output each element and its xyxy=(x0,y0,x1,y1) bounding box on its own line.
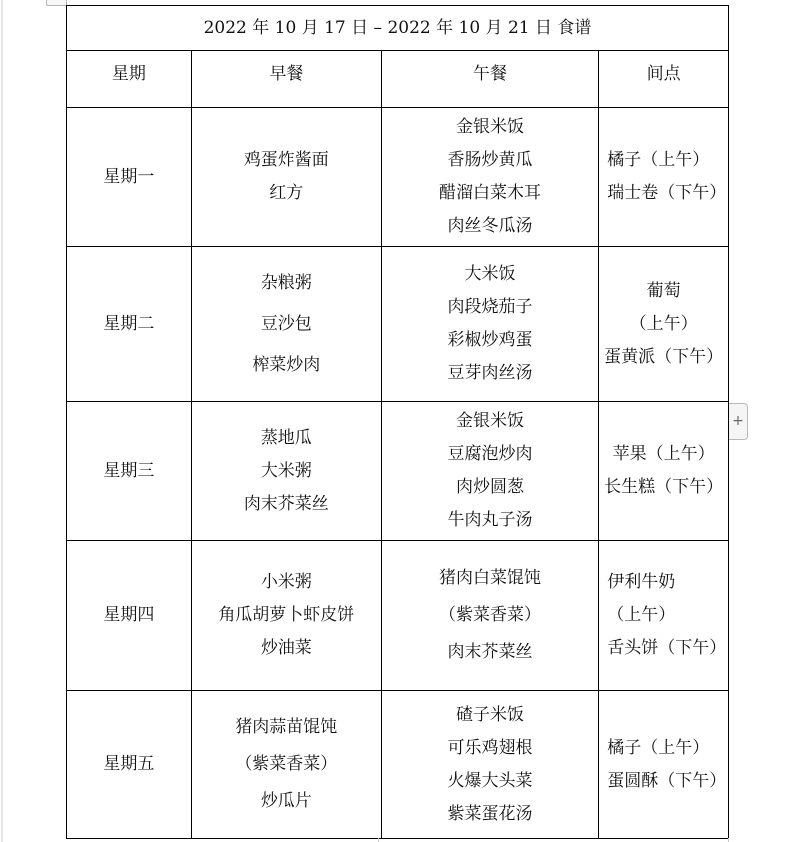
snack-item: 橘子（上午） xyxy=(607,732,728,765)
header-breakfast: 早餐 xyxy=(191,51,381,108)
snack-cell: 橘子（上午） 瑞士卷（下午） xyxy=(599,108,729,247)
snack-item: 瑞士卷（下午） xyxy=(607,177,728,210)
dish: 碴子米饭 xyxy=(382,699,598,732)
dish: 大米饭 xyxy=(382,258,598,291)
dish: 牛肉丸子汤 xyxy=(382,504,598,537)
breakfast-cell: 蒸地瓜 大米粥 肉末芥菜丝 xyxy=(191,402,381,541)
dish: 金银米饭 xyxy=(382,111,598,144)
dish: 蒸地瓜 xyxy=(192,422,381,455)
dish: 豆腐泡炒肉 xyxy=(382,438,598,471)
lunch-cell: 猪肉白菜馄饨 （紫菜香菜） 肉末芥菜丝 xyxy=(381,541,598,691)
dish: 火爆大头菜 xyxy=(382,765,598,798)
title-row: 2022 年 10 月 17 日 – 2022 年 10 月 21 日 食谱 xyxy=(67,6,729,51)
header-snack-label: 间点 xyxy=(599,51,728,91)
snack-cell: 葡萄 （上午） 蛋黄派（下午） xyxy=(599,247,729,402)
dish: 红方 xyxy=(192,177,381,210)
breakfast-cell: 鸡蛋炸酱面 红方 xyxy=(191,108,381,247)
add-column-button[interactable]: + xyxy=(729,403,748,440)
day-cell: 星期三 xyxy=(67,402,192,541)
snack-item: 橘子（上午） xyxy=(607,144,728,177)
dish: 紫菜蛋花汤 xyxy=(382,798,598,831)
table-row: 星期五 猪肉蒜苗馄饨 （紫菜香菜） 炒瓜片 碴子米饭 可乐鸡翅根 火爆大头菜 紫… xyxy=(67,691,729,839)
weekly-menu-table: 2022 年 10 月 17 日 – 2022 年 10 月 21 日 食谱 星… xyxy=(66,5,729,839)
header-snack: 间点 xyxy=(599,51,729,108)
header-lunch: 午餐 xyxy=(381,51,598,108)
table-move-handle[interactable] xyxy=(46,0,67,6)
dish: 肉末芥菜丝 xyxy=(192,488,381,521)
table-row: 星期一 鸡蛋炸酱面 红方 金银米饭 香肠炒黄瓜 醋溜白菜木耳 肉丝冬瓜汤 橘子（… xyxy=(67,108,729,247)
snack-item: 长生糕（下午） xyxy=(599,471,728,504)
dish: 豆沙包 xyxy=(192,304,381,345)
snack-item: 苹果（上午） xyxy=(599,438,728,471)
dish: （紫菜香菜） xyxy=(382,597,598,634)
snack-item: 舌头饼（下午） xyxy=(607,632,728,665)
dish: 炒瓜片 xyxy=(192,783,381,820)
snack-item: （上午） xyxy=(607,599,728,632)
snack-item: 葡萄 xyxy=(599,275,728,308)
snack-cell: 橘子（上午） 蛋圆酥（下午） xyxy=(599,691,729,839)
snack-item: （上午） xyxy=(599,308,728,341)
ruler-tick xyxy=(378,838,379,842)
dish: 猪肉白菜馄饨 xyxy=(382,560,598,597)
dish: 肉末芥菜丝 xyxy=(382,634,598,671)
dish: 彩椒炒鸡蛋 xyxy=(382,324,598,357)
dish: 杂粮粥 xyxy=(192,263,381,304)
dish: 金银米饭 xyxy=(382,405,598,438)
dish: 鸡蛋炸酱面 xyxy=(192,144,381,177)
lunch-cell: 金银米饭 豆腐泡炒肉 肉炒圆葱 牛肉丸子汤 xyxy=(381,402,598,541)
dish: 炒油菜 xyxy=(192,632,381,665)
dish: 豆芽肉丝汤 xyxy=(382,357,598,390)
snack-item: 蛋黄派（下午） xyxy=(599,341,728,374)
snack-cell: 伊利牛奶 （上午） 舌头饼（下午） xyxy=(599,541,729,691)
snack-item: 蛋圆酥（下午） xyxy=(607,765,728,798)
header-row: 星期 早餐 午餐 间点 xyxy=(67,51,729,108)
dish: 可乐鸡翅根 xyxy=(382,732,598,765)
breakfast-cell: 小米粥 角瓜胡萝卜虾皮饼 炒油菜 xyxy=(191,541,381,691)
lunch-cell: 金银米饭 香肠炒黄瓜 醋溜白菜木耳 肉丝冬瓜汤 xyxy=(381,108,598,247)
table-row: 星期二 杂粮粥 豆沙包 榨菜炒肉 大米饭 肉段烧茄子 彩椒炒鸡蛋 豆芽肉丝汤 葡… xyxy=(67,247,729,402)
ruler-tick xyxy=(728,838,729,842)
table-row: 星期三 蒸地瓜 大米粥 肉末芥菜丝 金银米饭 豆腐泡炒肉 肉炒圆葱 牛肉丸子汤 … xyxy=(67,402,729,541)
snack-cell: 苹果（上午） 长生糕（下午） xyxy=(599,402,729,541)
breakfast-cell: 猪肉蒜苗馄饨 （紫菜香菜） 炒瓜片 xyxy=(191,691,381,839)
day-cell: 星期二 xyxy=(67,247,192,402)
dish: 肉炒圆葱 xyxy=(382,471,598,504)
header-lunch-label: 午餐 xyxy=(382,51,598,91)
dish: 角瓜胡萝卜虾皮饼 xyxy=(192,599,381,632)
dish: 肉段烧茄子 xyxy=(382,291,598,324)
dish: 肉丝冬瓜汤 xyxy=(382,210,598,243)
menu-title: 2022 年 10 月 17 日 – 2022 年 10 月 21 日 食谱 xyxy=(67,6,729,51)
plus-icon: + xyxy=(732,413,744,429)
lunch-cell: 碴子米饭 可乐鸡翅根 火爆大头菜 紫菜蛋花汤 xyxy=(381,691,598,839)
header-day: 星期 xyxy=(67,51,192,108)
header-day-label: 星期 xyxy=(67,51,191,91)
dish: 香肠炒黄瓜 xyxy=(382,144,598,177)
day-cell: 星期一 xyxy=(67,108,192,247)
day-cell: 星期四 xyxy=(67,541,192,691)
dish: 大米粥 xyxy=(192,455,381,488)
header-breakfast-label: 早餐 xyxy=(192,51,381,91)
day-cell: 星期五 xyxy=(67,691,192,839)
dish: 榨菜炒肉 xyxy=(192,345,381,386)
snack-item: 伊利牛奶 xyxy=(607,566,728,599)
breakfast-cell: 杂粮粥 豆沙包 榨菜炒肉 xyxy=(191,247,381,402)
dish: 小米粥 xyxy=(192,566,381,599)
page-edge xyxy=(1,0,3,842)
lunch-cell: 大米饭 肉段烧茄子 彩椒炒鸡蛋 豆芽肉丝汤 xyxy=(381,247,598,402)
dish: 醋溜白菜木耳 xyxy=(382,177,598,210)
dish: （紫菜香菜） xyxy=(192,746,381,783)
table-row: 星期四 小米粥 角瓜胡萝卜虾皮饼 炒油菜 猪肉白菜馄饨 （紫菜香菜） 肉末芥菜丝… xyxy=(67,541,729,691)
dish: 猪肉蒜苗馄饨 xyxy=(192,709,381,746)
